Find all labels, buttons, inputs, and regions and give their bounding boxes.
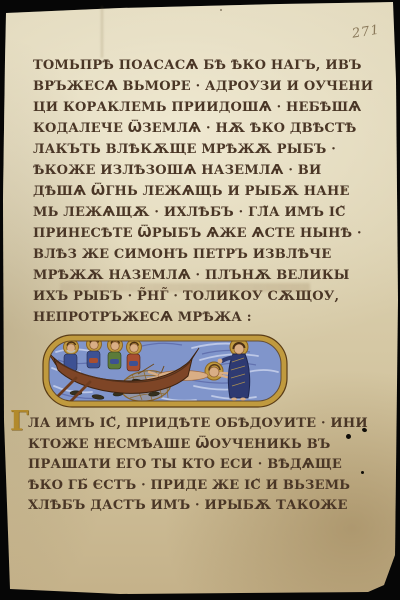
text-line: ВРЪЖЕСѦ ВЬМОРЕ · АДРОУЗИ И ОУЧЕНИ (33, 76, 373, 97)
gospel-text-upper: ТОМЬПРѢ ПОАСАСѦ БѢ ѢКО НАГЪ, ИВЪ ВРЪЖЕСѦ… (33, 55, 373, 328)
text-line: ѢКОЖЕ ИЗЛѢЗОШѦ НАЗЕМЛѦ · ВИ (33, 160, 373, 181)
text-line: ДѢШѦ ѾГНЬ ЛЕЖѦЩЬ И РЫБѪ НАНЕ (33, 181, 373, 202)
parchment-speck (220, 9, 222, 11)
text-line: ЦИ КОРАКЛЕМЬ ПРИИДОШѦ · НЕБѢШѦ (33, 97, 373, 118)
parchment-crease (101, 6, 103, 58)
text-line: ПРАШАТИ ЕГО ТЫ КТО ЕСИ · ВѢДѦЩЕ (28, 455, 368, 476)
text-line: НЕПРОТРЪЖЕСѦ МРѢЖА : (33, 307, 373, 328)
text-line: ТОМЬПРѢ ПОАСАСѦ БѢ ѢКО НАГЪ, ИВЪ (33, 55, 373, 76)
text-line: ПРИНЕСѢТЕ ѾРЫБЪ ѦЖЕ ѦСТЕ НЫНѢ · (33, 223, 373, 244)
parchment-speck (343, 187, 346, 192)
text-line: ИХЪ РЫБЪ · Р̃НГ̃ · ТОЛИКОУ СѪЩОУ, (33, 286, 373, 307)
text-line: КОДАЛЕЧЕ ѾЗЕМЛѦ · НѪ ѢКО ДВѢСТѢ (33, 118, 373, 139)
miniature-frame (42, 334, 288, 408)
text-line: ВЛѢЗ ЖЕ СИМОНЪ ПЕТРЪ ИЗВЛѢЧЕ (33, 244, 373, 265)
miniature-boat-scene (42, 334, 288, 408)
text-line: ЛАКЪТЬ ВЛѢКѪЩЕ МРѢЖѪ РЫБЪ · (33, 139, 373, 160)
text-line: МРѢЖѪ НАЗЕМЛѦ · ПЛЪНѪ ВЕЛИКЫ (33, 265, 373, 286)
text-line: ЛА ИМЪ ІС̃, ПРІИДѢТЕ ОБѢДОУИТЕ · ИНИ (28, 414, 368, 435)
text-line: ХЛѢБЪ ДАСТЪ ИМЪ · ИРЫБѪ ТАКОЖЕ (28, 496, 368, 517)
illuminated-initial: Г (10, 408, 29, 435)
text-line: МЬ ЛЕЖѦЩѪ · ИХЛѢБЪ · ГЛ̃А ИМЪ ІС̃ (33, 202, 373, 223)
parchment-hole (361, 471, 364, 474)
parchment-hole (346, 434, 351, 439)
text-line: ѢКО ГЬ̃ ЄСТЪ · ПРИДЕ ЖЕ ІС̃ И ВЬЗЕМЬ (28, 476, 368, 497)
gospel-text-lower: ЛА ИМЪ ІС̃, ПРІИДѢТЕ ОБѢДОУИТЕ · ИНИ КТО… (28, 414, 368, 517)
manuscript-photo: 271 ТОМЬПРѢ ПОАСАСѦ БѢ ѢКО НАГЪ, ИВЪ ВРЪ… (0, 0, 400, 600)
text-line: КТОЖЕ НЕСМѢАШЕ ѾОУЧЕНИКЬ ВЪ (28, 435, 368, 456)
